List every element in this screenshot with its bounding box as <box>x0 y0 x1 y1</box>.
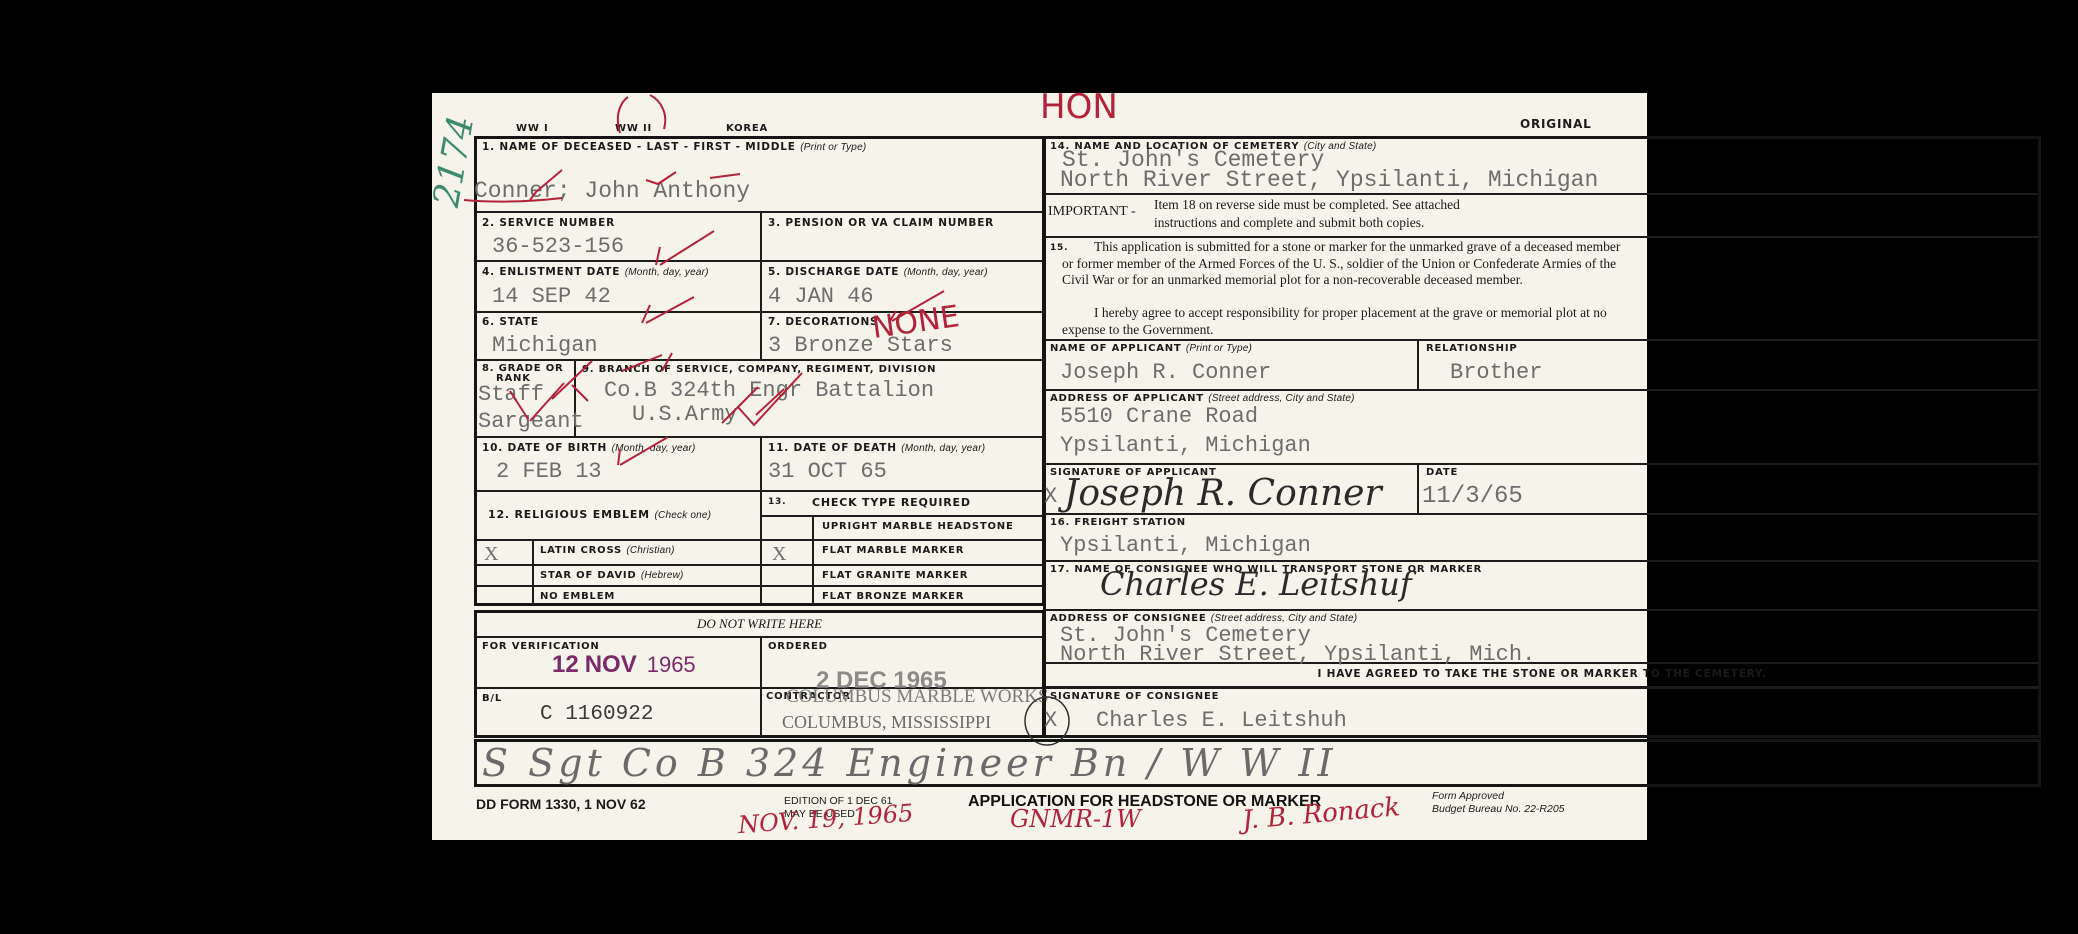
consignee-address-line-2: North River Street, Ypsilanti, Mich. <box>1060 644 1535 666</box>
emblem-check-latin-cross[interactable]: X <box>484 543 498 565</box>
statement-paragraph-2: I hereby agree to accept responsibility … <box>1062 305 1622 338</box>
date-label: DATE <box>1426 467 1458 478</box>
form-approval: Form Approved Budget Bureau No. 22-R205 <box>1432 790 1565 816</box>
form-id: DD FORM 1330, 1 NOV 62 <box>476 796 646 812</box>
emblem-label: 12. RELIGIOUS EMBLEM (Check one) <box>488 508 711 521</box>
emblem-latin-cross: LATIN CROSS (Christian) <box>540 545 675 556</box>
relationship-value: Brother <box>1450 362 1542 384</box>
freight-label: 16. FREIGHT STATION <box>1050 517 1186 528</box>
applicant-name: Joseph R. Conner <box>1060 362 1271 384</box>
consignee-name: Charles E. Leitshuf <box>1100 565 1412 603</box>
consignee-agreement: I HAVE AGREED TO TAKE THE STONE OR MARKE… <box>1045 668 2039 680</box>
type-flat-bronze: FLAT BRONZE MARKER <box>822 591 964 602</box>
contractor-line-1: COLUMBUS MARBLE WORKS <box>786 686 1049 708</box>
important-text: Item 18 on reverse side must be complete… <box>1154 196 1460 232</box>
bl-label: B/L <box>482 693 502 704</box>
statement-paragraph-1: This application is submitted for a ston… <box>1062 239 1622 289</box>
applicant-address-line-1: 5510 Crane Road <box>1060 406 1258 428</box>
applicant-address-label: ADDRESS OF APPLICANT (Street address, Ci… <box>1050 393 1355 404</box>
bl-value: C 1160922 <box>540 704 653 726</box>
handwritten-date: NOV. 19, 1965 <box>737 799 914 839</box>
verification-stamp: 12NOV1965 <box>552 651 696 679</box>
handwritten-code: GNMR-1W <box>1010 805 1141 833</box>
war-ww1: WW I <box>516 123 548 134</box>
remarks-handwritten: S Sgt Co B 324 Engineer Bn / W W II <box>482 741 1337 785</box>
emblem-no-emblem: NO EMBLEM <box>540 591 615 602</box>
relationship-label: RELATIONSHIP <box>1426 343 1518 354</box>
hon-annotation: HON <box>1040 87 1118 127</box>
type-flat-marble: FLAT MARBLE MARKER <box>822 545 964 556</box>
do-not-write-here: DO NOT WRITE HERE <box>474 616 1045 632</box>
applicant-name-label: NAME OF APPLICANT (Print or Type) <box>1050 343 1252 354</box>
war-korea: KOREA <box>726 123 768 134</box>
applicant-address-line-2: Ypsilanti, Michigan <box>1060 435 1311 457</box>
type-required-label: CHECK TYPE REQUIRED <box>812 496 971 509</box>
ordered-label: ORDERED <box>768 641 828 652</box>
verification-checkmarks <box>432 193 1052 473</box>
type-flat-granite: FLAT GRANITE MARKER <box>822 570 968 581</box>
headstone-application-card: WW I WW II KOREA HON ORIGINAL 2174 1. NA… <box>432 93 1647 840</box>
cemetery-line-2: North River Street, Ypsilanti, Michigan <box>1060 169 1598 191</box>
type-number: 13. <box>768 497 786 507</box>
contractor-line-2: COLUMBUS, MISSISSIPPI <box>782 712 991 733</box>
emblem-star-of-david: STAR OF DAVID (Hebrew) <box>540 570 684 581</box>
type-upright-marble: UPRIGHT MARBLE HEADSTONE <box>822 521 1014 532</box>
type-check-flat-marble[interactable]: X <box>772 543 786 565</box>
applicant-signature: Joseph R. Conner <box>1064 473 1382 514</box>
date-value: 11/3/65 <box>1422 486 1523 508</box>
consignee-signature: Charles E. Leitshuh <box>1096 710 1347 732</box>
applicant-signature-mark: X <box>1044 486 1057 508</box>
important-label: IMPORTANT - <box>1048 204 1136 220</box>
freight-value: Ypsilanti, Michigan <box>1060 535 1311 557</box>
original-label: ORIGINAL <box>1520 117 1592 131</box>
